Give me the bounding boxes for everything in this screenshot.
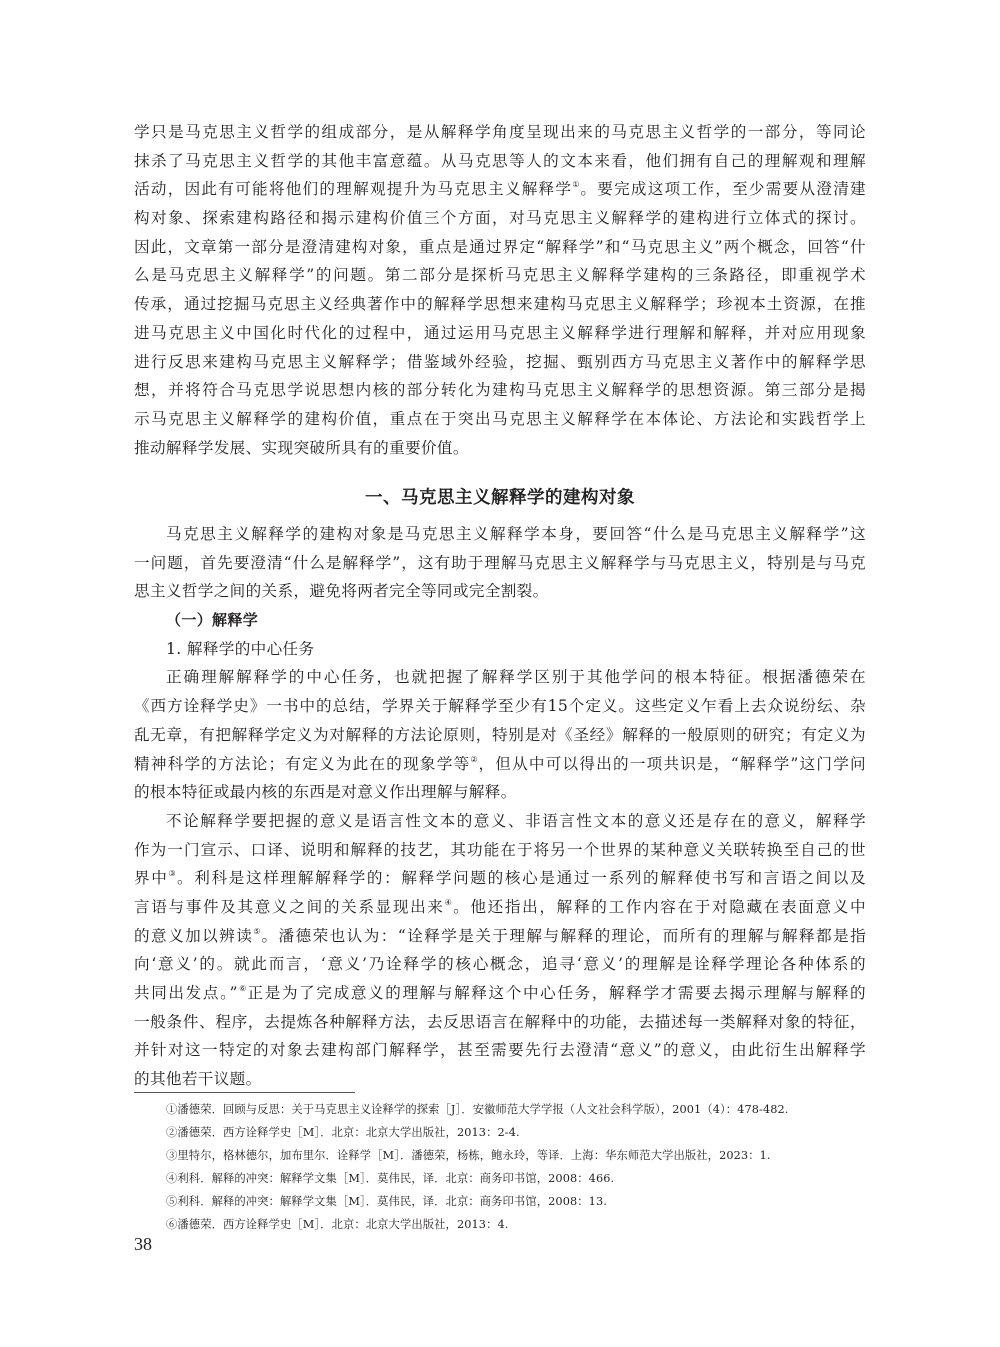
text-line: 的其他若干议题。 [134,1065,866,1094]
text-line: 向‘意义’的。就此而言，‘意义’乃诠释学的核心概念，追寻‘意义’的理解是诠释学理… [134,950,866,979]
text-line: 想，并将符合马克思学说思想内核的部分转化为建构马克思主义解释学的思想资源。第三部… [134,376,866,405]
text-line: 界中③。利科是这样理解解释学的：解释学问题的核心是通过一系列的解释使书写和言语之… [134,864,866,893]
footnote-ref-6[interactable]: ⑥ [238,984,248,993]
section-heading: 一、马克思主义解释学的建构对象 [134,484,866,512]
footnote-item: ①潘德荣．回顾与反思：关于马克思主义诠释学的探索［J］．安徽师范大学学报（人文社… [166,1098,866,1121]
text-line: 正确理解解释学的中心任务，也就把握了解释学区别于其他学问的根本特征。根据潘德荣在 [134,663,866,692]
text-line: 《西方诠释学史》一书中的总结，学界关于解释学至少有15个定义。这些定义乍看上去众… [134,692,866,721]
text-line: 乱无章，有把解释学定义为对解释的方法论原则，特别是对《圣经》解释的一般原则的研究… [134,721,866,750]
text-segment: 活动，因此有可能将他们的理解观提升为马克思主义解释学 [134,180,572,198]
footnote-item: ③里特尔，格林德尔，加布里尔．诠释学［M］．潘德荣，杨栋，鲍永玲，等译．上海：华… [166,1144,866,1167]
footnote-item: ②潘德荣．西方诠释学史［M］．北京：北京大学出版社，2013：2-4. [166,1121,866,1144]
text-segment: 言语与事件及其意义之间的关系显现出来 [134,898,445,916]
page-number: 38 [134,1232,152,1256]
text-line: 共同出发点。”⑥正是为了完成意义的理解与解释这个中心任务，解释学才需要去揭示理解… [134,979,866,1008]
footnote-ref-3[interactable]: ③ [169,869,178,878]
text-line: 不论解释学要把握的意义是语言性文本的意义、非语言性文本的意义还是存在的意义，解释… [134,807,866,836]
text-line: 学只是马克思主义哲学的组成部分，是从解释学角度呈现出来的马克思主义哲学的一部分，… [134,118,866,147]
text-segment: 精神科学的方法论；有定义为此在的现象学等 [134,755,470,773]
text-line: 的根本特征或最内核的东西是对意义作出理解与解释。 [134,778,866,807]
text-line: 马克思主义解释学的建构对象是马克思主义解释学本身，要回答“什么是马克思主义解释学… [134,520,866,549]
footnote-item: ⑤利科．解释的冲突：解释学文集［M］．莫伟民，译．北京：商务印书馆，2008：1… [166,1190,866,1213]
text-line: 进马克思主义中国化时代化的过程中，通过运用马克思主义解释学进行理解和解释，并对应… [134,319,866,348]
text-segment: 的意义加以辨读 [134,927,253,945]
text-segment: 共同出发点。” [134,984,238,1002]
text-segment: ，但从中可以得出的一项共识是，“解释学”这门学问 [478,755,866,773]
text-segment: 界中 [134,869,169,887]
footnote-item: ④利科．解释的冲突：解释学文集［M］．莫伟民，译．北京：商务印书馆，2008：4… [166,1167,866,1190]
text-line: 传承，通过挖掘马克思主义经典著作中的解释学思想来建构马克思主义解释学；珍视本土资… [134,290,866,319]
text-line: 推动解释学发展、实现突破所具有的重要价值。 [134,434,866,463]
section-intro-paragraph: 马克思主义解释学的建构对象是马克思主义解释学本身，要回答“什么是马克思主义解释学… [134,520,866,1094]
text-line: 一般条件、程序，去提炼各种解释方法，去反思语言在解释中的功能，去描述每一类解释对… [134,1008,866,1037]
text-line: 一问题，首先要澄清“什么是解释学”，这有助于理解马克思主义解释学与马克思主义，特… [134,549,866,578]
text-segment: 。潘德荣也认为：“诠释学是关于理解与解释的理论，而所有的理解与解释都是指 [262,927,867,945]
text-line: 作为一门宣示、口译、说明和解释的技艺，其功能在于将另一个世界的某种意义关联转换至… [134,836,866,865]
text-segment: 。他还指出，解释的工作内容在于对隐藏在表面意义中 [453,898,866,916]
text-line: 思主义哲学之间的关系，避免将两者完全等同或完全割裂。 [134,577,866,606]
text-line: 的意义加以辨读⑤。潘德荣也认为：“诠释学是关于理解与解释的理论，而所有的理解与解… [134,922,866,951]
subsection-heading: （一）解释学 [134,606,866,635]
text-segment: 。要完成这项工作，至少需要从澄清建 [580,180,866,198]
text-line: 因此，文章第一部分是澄清建构对象，重点是通过界定“解释学”和“马克思主义”两个概… [134,233,866,262]
footnote-ref-5[interactable]: ⑤ [253,927,261,936]
text-line: 么是马克思主义解释学”的问题。第二部分是探析马克思主义解释学建构的三条路径，即重… [134,261,866,290]
footnote-separator [134,1092,355,1093]
text-line: 抹杀了马克思主义哲学的其他丰富意蕴。从马克思等人的文本来看，他们拥有自己的理解观… [134,147,866,176]
intro-paragraph: 学只是马克思主义哲学的组成部分，是从解释学角度呈现出来的马克思主义哲学的一部分，… [134,118,866,462]
text-line: 精神科学的方法论；有定义为此在的现象学等②，但从中可以得出的一项共识是，“解释学… [134,750,866,779]
text-line: 进行反思来建构马克思主义解释学；借鉴域外经验，挖掘、甄别西方马克思主义著作中的解… [134,348,866,377]
text-line: 活动，因此有可能将他们的理解观提升为马克思主义解释学①。要完成这项工作，至少需要… [134,175,866,204]
text-line: 示马克思主义解释学的建构价值，重点在于突出马克思主义解释学在本体论、方法论和实践… [134,405,866,434]
text-segment: 。利科是这样理解解释学的：解释学问题的核心是通过一系列的解释使书写和言语之间以及 [177,869,866,887]
text-line: 言语与事件及其意义之间的关系显现出来④。他还指出，解释的工作内容在于对隐藏在表面… [134,893,866,922]
document-page: 学只是马克思主义哲学的组成部分，是从解释学角度呈现出来的马克思主义哲学的一部分，… [0,0,1000,1347]
footnotes-list: ①潘德荣．回顾与反思：关于马克思主义诠释学的探索［J］．安徽师范大学学报（人文社… [166,1098,866,1236]
footnote-ref-4[interactable]: ④ [445,898,454,907]
text-line: 构对象、探索建构路径和揭示建构价值三个方面，对马克思主义解释学的建构进行立体式的… [134,204,866,233]
subsubsection-heading: 1. 解释学的中心任务 [134,635,866,664]
text-segment: 正是为了完成意义的理解与解释这个中心任务，解释学才需要去揭示理解与解释的 [248,984,866,1002]
text-line: 并针对这一特定的对象去建构部门解释学，甚至需要先行去澄清“意义”的意义，由此衍生… [134,1036,866,1065]
footnote-item: ⑥潘德荣．西方诠释学史［M］．北京：北京大学出版社，2013：4. [166,1213,866,1236]
